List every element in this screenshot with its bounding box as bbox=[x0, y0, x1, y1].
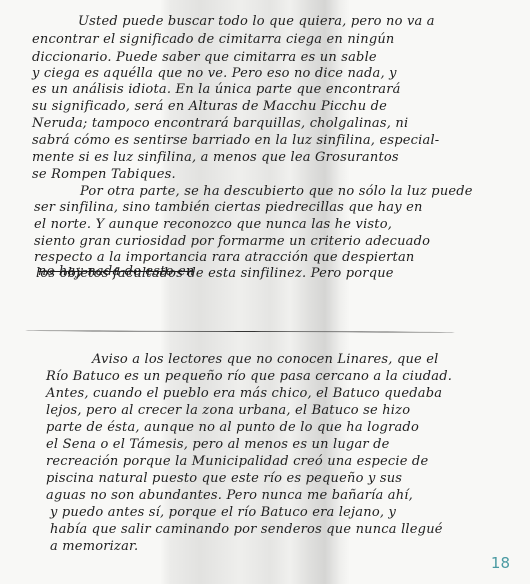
struck-text-line: no hay nada de esto en bbox=[38, 264, 194, 279]
text-line: recreación porque la Municipalidad creó … bbox=[46, 454, 428, 469]
text-line: encontrar el significado de cimitarra ci… bbox=[32, 32, 395, 47]
text-line: y ciega es aquélla que no ve. Pero eso n… bbox=[32, 66, 397, 81]
text-line: había que salir caminando por senderos q… bbox=[50, 522, 443, 537]
text-line: el Sena o el Támesis, pero al menos es u… bbox=[46, 437, 390, 452]
text-line: su significado, será en Alturas de Macch… bbox=[32, 99, 387, 114]
text-line: se Rompen Tabiques. bbox=[32, 167, 176, 182]
page-number: 18 bbox=[491, 554, 510, 572]
text-line: Antes, cuando el pueblo era más chico, e… bbox=[46, 386, 442, 401]
text-line: Usted puede buscar todo lo que quiera, p… bbox=[78, 14, 435, 29]
text-line: Por otra parte, se ha descubierto que no… bbox=[80, 184, 473, 199]
section-divider bbox=[24, 330, 456, 333]
text-line: siento gran curiosidad por formarme un c… bbox=[34, 234, 430, 249]
text-line: Neruda; tampoco encontrará barquillas, c… bbox=[32, 116, 408, 131]
text-line: diccionario. Puede saber que cimitarra e… bbox=[32, 50, 377, 65]
text-line: a memorizar. bbox=[50, 539, 138, 554]
text-line: Aviso a los lectores que no conocen Lina… bbox=[92, 352, 439, 367]
manuscript-page: Usted puede buscar todo lo que quiera, p… bbox=[0, 0, 530, 584]
text-line: ser sinfilina, sino también ciertas pied… bbox=[34, 200, 423, 215]
text-line: Río Batuco es un pequeño río que pasa ce… bbox=[46, 369, 452, 384]
text-line: aguas no son abundantes. Pero nunca me b… bbox=[46, 488, 413, 503]
text-line: piscina natural puesto que este río es p… bbox=[46, 471, 402, 486]
text-line: lejos, pero al crecer la zona urbana, el… bbox=[46, 403, 410, 418]
text-line: mente si es luz sinfilina, a menos que l… bbox=[32, 150, 399, 165]
text-line: el norte. Y aunque reconozco que nunca l… bbox=[34, 217, 392, 232]
text-line: es un análisis idiota. En la única parte… bbox=[32, 82, 401, 97]
text-line: parte de ésta, aunque no al punto de lo … bbox=[46, 420, 419, 435]
text-line: sabrá cómo es sentirse barriado en la lu… bbox=[32, 133, 439, 148]
text-line: y puedo antes sí, porque el río Batuco e… bbox=[50, 505, 396, 520]
text-line: respecto a la importancia rara atracción… bbox=[34, 250, 415, 265]
